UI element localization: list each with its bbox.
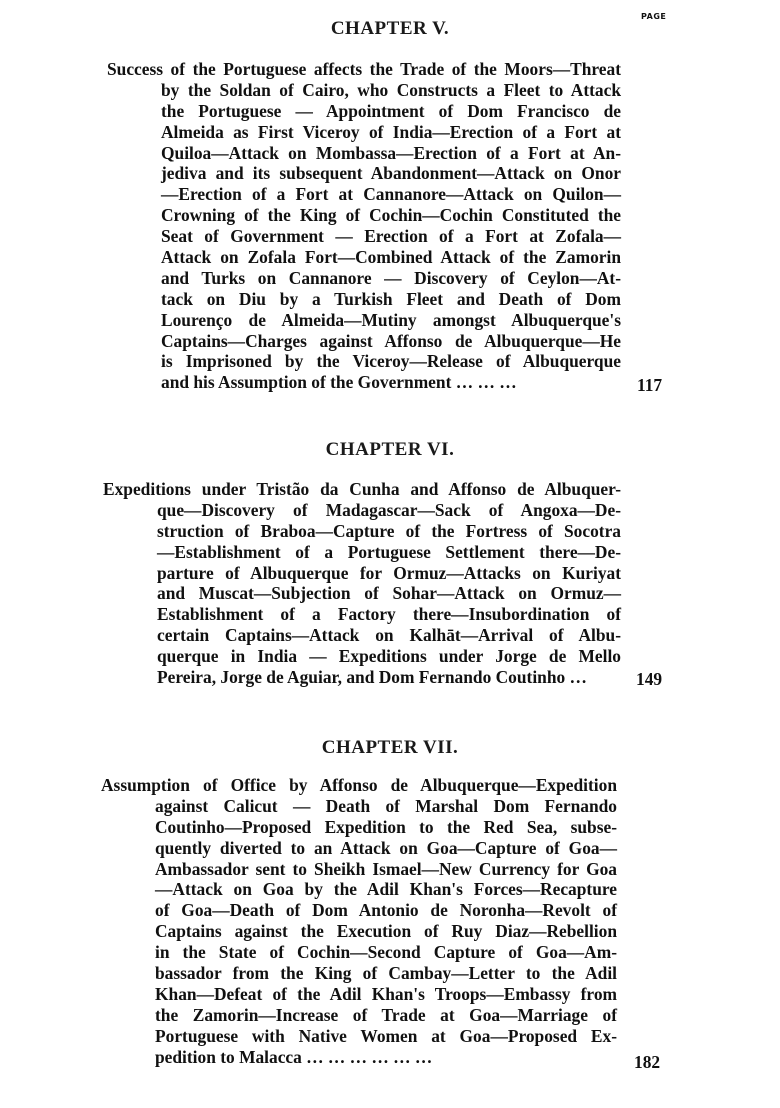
summary-line: Expeditions under Tristão da Cunha and A… [103,479,621,500]
summary-line: —Establishment of a Portuguese Settlemen… [157,542,621,563]
summary-line: in the State of Cochin—Second Capture of… [155,942,617,963]
summary-line: Captains—Charges against Affonso de Albu… [161,331,621,352]
summary-line: —Attack on Goa by the Adil Khan's Forces… [155,879,617,900]
summary-line: Captains against the Execution of Ruy Di… [155,921,617,942]
chapter-5-summary: Success of the Portuguese affects the Tr… [161,59,621,393]
summary-line: Attack on Zofala Fort—Combined Attack of… [161,247,621,268]
summary-line: Assumption of Office by Affonso de Albuq… [101,775,617,796]
summary-line: Pereira, Jorge de Aguiar, and Dom Fernan… [157,667,621,688]
chapter-7-page-number: 182 [634,1052,660,1073]
summary-line: bassador from the King of Cambay—Letter … [155,963,617,984]
summary-line: tack on Diu by a Turkish Fleet and Death… [161,289,621,310]
summary-line: Lourenço de Almeida—Mutiny amongst Albuq… [161,310,621,331]
summary-line: and his Assumption of the Government … …… [161,372,621,393]
summary-line: Coutinho—Proposed Expedition to the Red … [155,817,617,838]
summary-line: struction of Braboa—Capture of the Fortr… [157,521,621,542]
summary-line: Seat of Government — Erection of a Fort … [161,226,621,247]
summary-line: quently diverted to an Attack on Goa—Cap… [155,838,617,859]
summary-line: Establishment of a Factory there—Insubor… [157,604,621,625]
summary-line: Khan—Defeat of the Adil Khan's Troops—Em… [155,984,617,1005]
summary-line: que—Discovery of Madagascar—Sack of Ango… [157,500,621,521]
summary-line: and Muscat—Subjection of Sohar—Attack on… [157,583,621,604]
summary-line: the Portuguese — Appointment of Dom Fran… [161,101,621,122]
summary-line: Success of the Portuguese affects the Tr… [107,59,621,80]
chapter-6-summary: Expeditions under Tristão da Cunha and A… [157,479,621,688]
summary-line: the Zamorin—Increase of Trade at Goa—Mar… [155,1005,617,1026]
summary-line: parture of Albuquerque for Ormuz—Attacks… [157,563,621,584]
summary-line: Crowning of the King of Cochin—Cochin Co… [161,205,621,226]
summary-line: Almeida as First Viceroy of India—Erecti… [161,122,621,143]
chapter-5-page-number: 117 [637,375,662,396]
summary-line: is Imprisoned by the Viceroy—Release of … [161,351,621,372]
chapter-6-title: CHAPTER VI. [0,439,780,461]
chapter-5-title: CHAPTER V. [0,18,780,40]
summary-line: jediva and its subsequent Abandonment—At… [161,163,621,184]
chapter-7-summary: Assumption of Office by Affonso de Albuq… [155,775,617,1067]
chapter-7-title: CHAPTER VII. [0,737,780,759]
summary-line: and Turks on Cannanore — Discovery of Ce… [161,268,621,289]
summary-line: by the Soldan of Cairo, who Constructs a… [161,80,621,101]
summary-line: Portuguese with Native Women at Goa—Prop… [155,1026,617,1047]
summary-line: certain Captains—Attack on Kalhāt—Arriva… [157,625,621,646]
chapter-6-page-number: 149 [636,669,662,690]
summary-line: Ambassador sent to Sheikh Ismael—New Cur… [155,859,617,880]
summary-line: of Goa—Death of Dom Antonio de Noronha—R… [155,900,617,921]
summary-line: querque in India — Expeditions under Jor… [157,646,621,667]
summary-line: —Erection of a Fort at Cannanore—Attack … [161,184,621,205]
summary-line: pedition to Malacca … … … … … … [155,1047,617,1068]
summary-line: Quiloa—Attack on Mombassa—Erection of a … [161,143,621,164]
summary-line: against Calicut — Death of Marshal Dom F… [155,796,617,817]
